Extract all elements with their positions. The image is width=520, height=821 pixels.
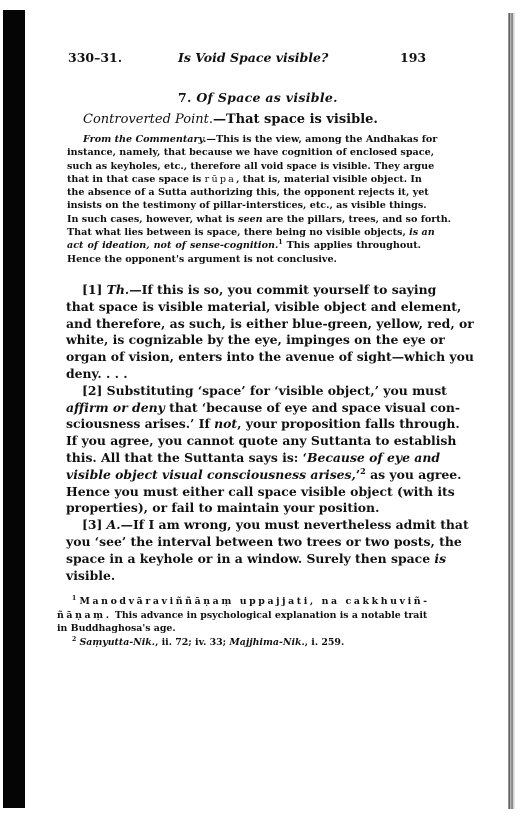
text-line: this. All that the Suttanta says is: ‘Be…: [66, 450, 418, 467]
text-line: deny. . . .: [66, 366, 418, 383]
text-line: you ‘see’ the interval between two trees…: [66, 534, 418, 551]
controverted-text: —That space is visible.: [213, 112, 378, 127]
commentary-line: such as keyholes, etc., therefore all vo…: [67, 160, 421, 173]
text-line: Hence you must either call space visible…: [66, 484, 418, 501]
commentary-line: That what lies between is space, there b…: [67, 226, 421, 239]
footnote-marker: 1: [72, 595, 76, 602]
text-line: properties), or fail to maintain your po…: [66, 500, 418, 517]
book-page: 330–31. Is Void Space visible? 193 7. Of…: [0, 0, 520, 821]
controverted-label: Controverted Point.: [83, 112, 213, 127]
commentary-line: From the Commentary.—This is the view, a…: [67, 133, 421, 146]
commentary-line: In such cases, however, what is seen are…: [67, 213, 421, 226]
text-line: [2] Substituting ‘space’ for ‘visible ob…: [66, 383, 418, 400]
text-line: sciousness arises.’ If not, your proposi…: [66, 416, 418, 433]
text-line: white, is cognizable by the eye, impinge…: [66, 332, 418, 349]
commentary-line: that in that case space is rūpa, that is…: [67, 173, 421, 186]
main-text: [1] Th.—If this is so, you commit yourse…: [66, 282, 418, 584]
text-line: [3] A.—If I am wrong, you must neverthel…: [66, 517, 418, 534]
text-line: visible.: [66, 568, 418, 585]
commentary-line: act of ideation, not of sense-cognition.…: [67, 239, 421, 252]
pali-term: rūpa: [205, 174, 236, 185]
section-heading: 7. Of Space as visible.: [178, 90, 338, 105]
page-number: 193: [400, 50, 426, 65]
section-number: 7.: [178, 90, 192, 105]
controverted-point: Controverted Point.—That space is visibl…: [83, 112, 378, 127]
running-title: Is Void Space visible?: [178, 50, 328, 65]
text-line: affirm or deny that ‘because of eye and …: [66, 400, 418, 417]
footnote-1: 1 Manodvāraviññāṇaṃ uppajjati, na cakkhu…: [57, 595, 415, 609]
text-line: [1] Th.—If this is so, you commit yourse…: [66, 282, 418, 299]
text-line: and therefore, as such, is either blue-g…: [66, 316, 418, 333]
commentary-line: instance, namely, that because we have c…: [67, 146, 421, 159]
commentary-line: the absence of a Sutta authorizing this,…: [67, 186, 421, 199]
text-line: space in a keyhole or in a window. Surel…: [66, 551, 418, 568]
text-line: visible object visual consciousness aris…: [66, 467, 418, 484]
footnote-line: ñāṇaṃ. This advance in psychological exp…: [57, 609, 415, 623]
text-line: organ of vision, enters into the avenue …: [66, 349, 418, 366]
footnote-marker: 2: [72, 636, 76, 643]
commentary-line: Hence the opponent's argument is not con…: [67, 253, 421, 266]
footnote-2: 2 Saṃyutta-Nik., ii. 72; iv. 33; Majjhim…: [57, 636, 415, 650]
text-line: If you agree, you cannot quote any Sutta…: [66, 433, 418, 450]
footnote-line: in Buddhaghosa's age.: [57, 622, 415, 636]
footnotes: 1 Manodvāraviññāṇaṃ uppajjati, na cakkhu…: [57, 595, 415, 649]
commentary-line: insists on the testimony of pillar-inter…: [67, 199, 421, 212]
section-range: 330–31.: [68, 50, 122, 65]
running-head: 330–31. Is Void Space visible? 193: [68, 50, 426, 66]
commentary-block: From the Commentary.—This is the view, a…: [67, 133, 421, 266]
section-title-text: Of Space as visible.: [196, 90, 337, 105]
text-line: that space is visible material, visible …: [66, 299, 418, 316]
